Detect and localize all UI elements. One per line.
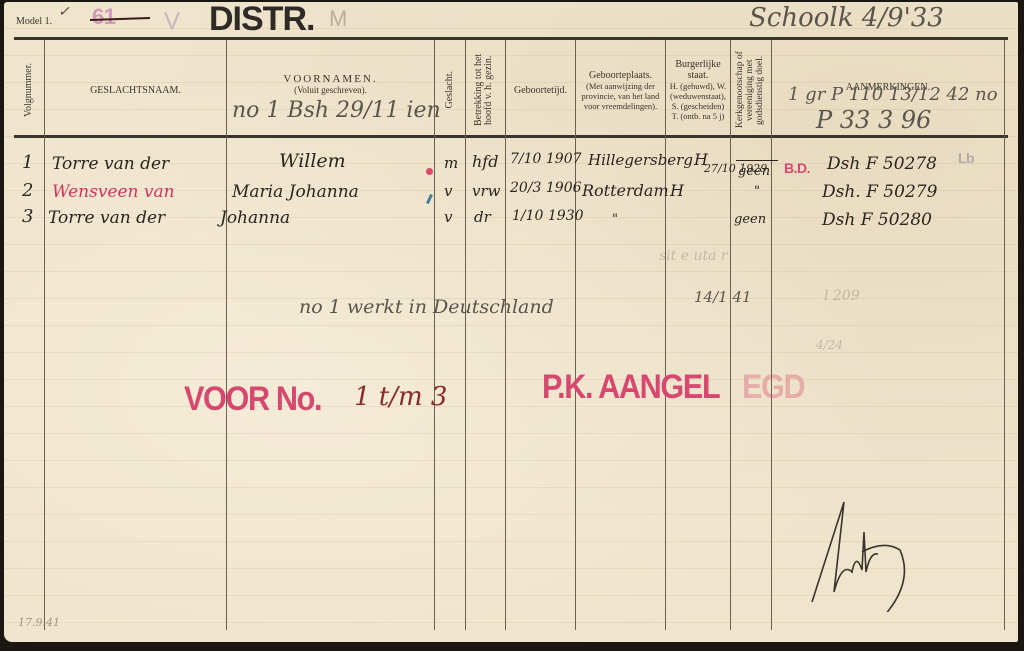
- header-geslacht: Geslacht.: [435, 42, 465, 138]
- header-voornamen: VOORNAMEN. (Voluit geschreven).: [227, 42, 434, 138]
- work-note: no 1 werkt in Deutschland: [299, 296, 554, 318]
- row-burgerlijke-staat: H: [670, 181, 684, 200]
- voornamen-header-note: no 1 Bsh 29/11 ien: [232, 98, 441, 123]
- row-betrekking: hfd: [472, 152, 498, 171]
- row-geslachtsnaam: Wensveen van: [52, 182, 175, 202]
- work-note-date: 14/1 41: [694, 288, 752, 306]
- strikethrough-mark: [736, 160, 778, 161]
- faint-pencil-note: 4/24: [816, 338, 843, 352]
- faint-pencil-note: l 209: [824, 288, 860, 304]
- bottom-left-date: 17.9.41: [18, 616, 60, 629]
- lb-stamp: Lb: [958, 150, 974, 166]
- row-aanmerkingen: Dsh F 50278: [827, 154, 937, 174]
- row-betrekking: dr: [474, 208, 491, 226]
- aanmerkingen-header-note-1: 1 gr P 110 13/12 42 no: [788, 84, 998, 105]
- model-checkmark: ✓: [58, 4, 70, 20]
- row-geboortetijd: 7/10 1907: [510, 151, 582, 167]
- top-right-note: Schoolk 4/9'33: [749, 3, 944, 33]
- row-geslacht: v: [444, 208, 452, 226]
- row-voornamen: Maria Johanna: [232, 182, 359, 202]
- row-kerkgenootschap: ": [754, 184, 760, 199]
- bd-stamp: B.D.: [784, 160, 810, 176]
- pk-aangelegd-stamp: P.K. AANGEL: [542, 368, 719, 407]
- red-dot-marker: [426, 168, 433, 175]
- row-aanmerkingen: Dsh. F 50279: [822, 182, 937, 202]
- stamp-handwritten-range: 1 t/m 3: [354, 382, 447, 412]
- row-volgnummer: 3: [22, 206, 33, 227]
- header-volgnummer: Volgnummer.: [14, 42, 44, 138]
- row-geslacht: m: [444, 154, 458, 172]
- header-burgerlijke-staat: Burgerlijke staat. H. (gehuwd), W. (wedu…: [666, 42, 730, 138]
- aanmerkingen-header-note-2: P 33 3 96: [816, 106, 931, 134]
- header-kerkgenootschap: Kerkgenootschap of vereeniging met godsd…: [731, 42, 771, 138]
- row-geslacht: v: [444, 182, 452, 200]
- row-geslachtsnaam: Torre van der: [52, 154, 169, 174]
- row-geboorteplaats: Hillegersberg: [588, 151, 693, 169]
- row-volgnummer: 1: [22, 152, 33, 173]
- header-geslachtsnaam: GESLACHTSNAAM.: [45, 42, 226, 138]
- row-kerkgenootschap: geen: [738, 164, 770, 179]
- pk-aangelegd-stamp-faded: EGD: [742, 368, 804, 407]
- purple-v-stamp: V: [164, 8, 180, 36]
- row-geslachtsnaam: Torre van der: [48, 208, 165, 228]
- model-label: Model 1.: [16, 16, 52, 27]
- signature: [804, 492, 924, 612]
- row-geboortetijd: 20/3 1906: [510, 180, 582, 196]
- right-border: [1004, 40, 1005, 630]
- voor-no-stamp: VOOR No.: [184, 380, 321, 419]
- purple-number-stamp: 61: [92, 4, 115, 30]
- row-geboortetijd: 1/10 1930: [512, 208, 584, 224]
- header-top-rule: [14, 37, 1008, 40]
- registration-card: Model 1. ✓ 61 V DISTR. M Schoolk 4/9'33 …: [4, 2, 1018, 642]
- row-geboorteplaats: Rotterdam: [582, 181, 669, 200]
- row-geboorteplaats: ": [612, 212, 618, 227]
- distr-stamp: DISTR.: [209, 0, 314, 39]
- row-betrekking: vrw: [472, 182, 500, 200]
- row-voornamen: Willem: [279, 150, 346, 172]
- header-betrekking: Betrekking tot het hoofd v. h. gezin.: [466, 42, 505, 138]
- blue-tick-marker: [426, 194, 433, 204]
- header-geboortetijd: Geboortetijd.: [506, 42, 575, 138]
- header-geboorteplaats: Geboorteplaats. (Met aanwijzing der prov…: [576, 42, 665, 138]
- faint-pencil-note: sit e uta r: [659, 248, 728, 264]
- distr-suffix: M: [329, 6, 347, 32]
- row-kerkgenootschap: geen: [734, 212, 766, 227]
- row-volgnummer: 2: [22, 180, 33, 201]
- row-aanmerkingen: Dsh F 50280: [822, 210, 932, 230]
- row-voornamen: Johanna: [220, 208, 290, 228]
